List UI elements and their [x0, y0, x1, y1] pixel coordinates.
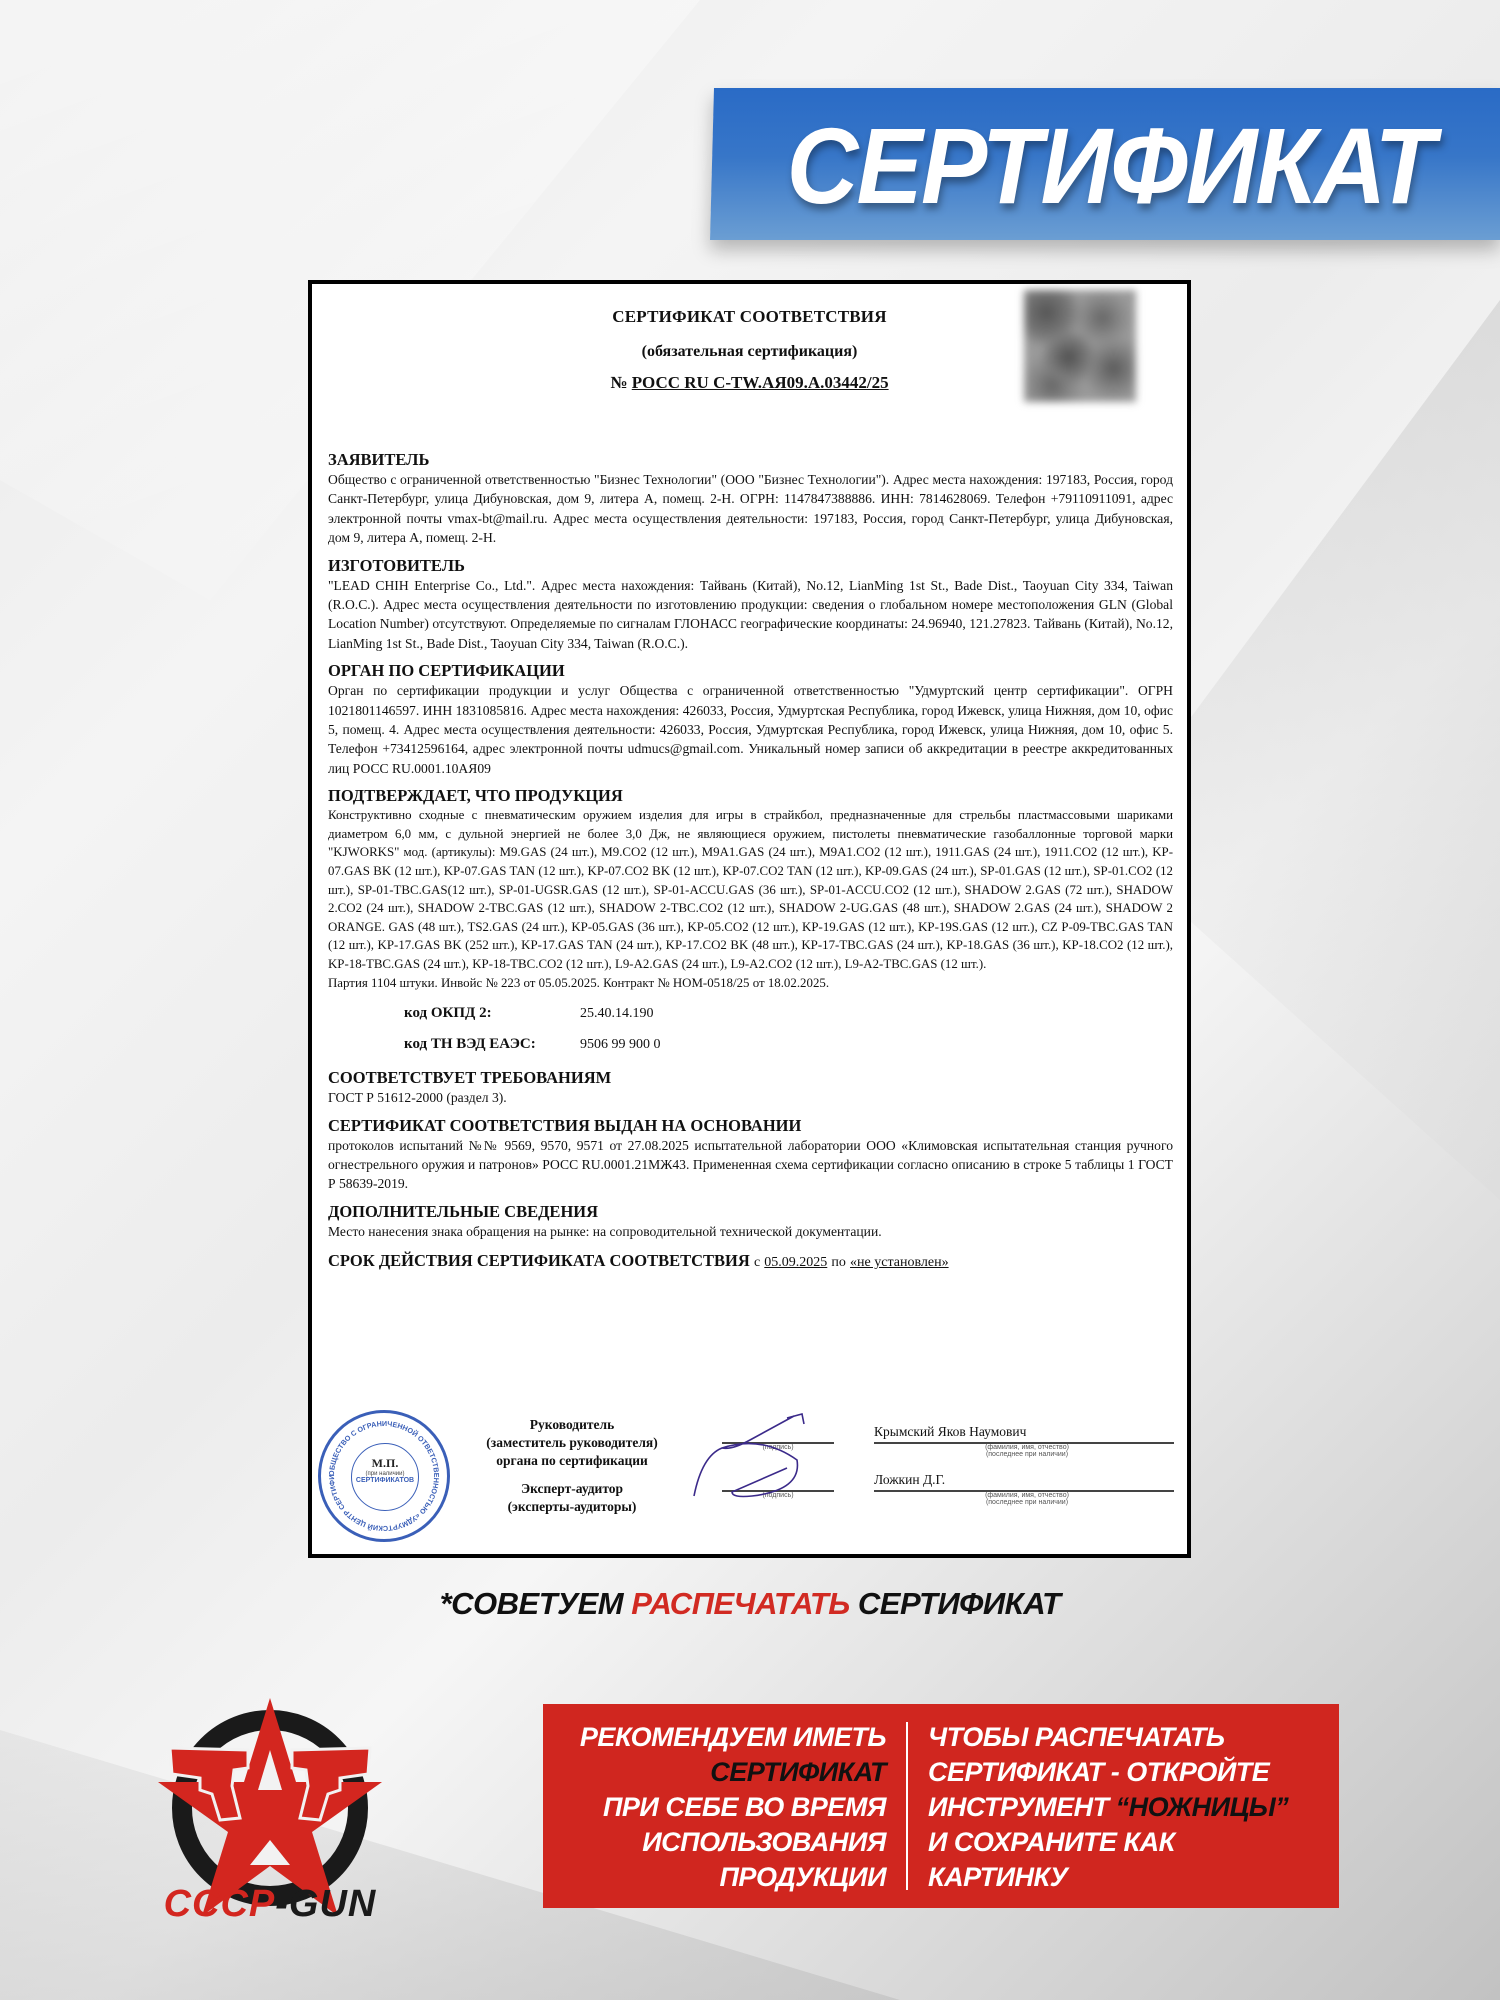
expert-name: Ложкин Д.Г. — [874, 1472, 945, 1488]
certificate-body: ЗАЯВИТЕЛЬ Общество с ограниченной ответс… — [328, 442, 1173, 1273]
product-batch: Партия 1104 штуки. Инвойс № 223 от 05.05… — [328, 974, 1173, 993]
code-okpd: код ОКПД 2: 25.40.14.190 — [404, 998, 1173, 1029]
applicant-text: Общество с ограниченной ответственностью… — [328, 470, 1173, 548]
name-caption: (фамилия, имя, отчество) (последнее при … — [952, 1444, 1102, 1458]
name-caption-line: (фамилия, имя, отчество) — [952, 1444, 1102, 1451]
stamp-inner-text: СЕРТИФИКАТОВ — [352, 1477, 418, 1484]
info-line: И СОХРАНИТЕ КАК — [928, 1825, 1339, 1860]
product-text: Конструктивно сходные с пневматическим о… — [328, 806, 1173, 973]
stamp-center: М.П. (при наличии) СЕРТИФИКАТОВ — [351, 1443, 419, 1511]
signatory-roles: Руководитель (заместитель руководителя) … — [472, 1416, 672, 1516]
info-line: ПРИ СЕБЕ ВО ВРЕМЯ — [543, 1790, 886, 1825]
certification-body-text: Орган по сертификации продукции и услуг … — [328, 681, 1173, 778]
code-label: код ОКПД 2: — [404, 1004, 580, 1023]
manufacturer-heading: ИЗГОТОВИТЕЛЬ — [328, 556, 1173, 576]
validity-to-value: «не установлен» — [850, 1255, 949, 1270]
certificate-document: СЕРТИФИКАТ СООТВЕТСТВИЯ (обязательная се… — [308, 280, 1191, 1558]
handwritten-signature-icon — [692, 1410, 832, 1500]
certification-body-heading: ОРГАН ПО СЕРТИФИКАЦИИ — [328, 661, 1173, 681]
name-caption: (фамилия, имя, отчество) (последнее при … — [952, 1492, 1102, 1506]
certificate-title: СЕРТИФИКАТ СООТВЕТСТВИЯ — [312, 298, 1187, 336]
requirements-text: ГОСТ Р 51612-2000 (раздел 3). — [328, 1088, 1173, 1107]
info-divider — [906, 1722, 908, 1890]
stamp-mp: М.П. — [352, 1456, 418, 1471]
validity-from-word: с — [754, 1255, 760, 1270]
head-name: Крымский Яков Наумович — [874, 1424, 1026, 1440]
number-prefix: № — [610, 373, 627, 392]
manufacturer-text: "LEAD CHIH Enterprise Co., Ltd.". Адрес … — [328, 576, 1173, 654]
info-line: ЧТОБЫ РАСПЕЧАТАТЬ — [928, 1720, 1339, 1755]
name-caption-line: (последнее при наличии) — [952, 1499, 1102, 1506]
info-line: ПРОДУКЦИИ — [543, 1860, 886, 1895]
product-heading: ПОДТВЕРЖДАЕТ, ЧТО ПРОДУКЦИЯ — [328, 786, 1173, 806]
code-value: 25.40.14.190 — [580, 1004, 654, 1023]
info-line-highlight: “НОЖНИЦЫ” — [1116, 1792, 1289, 1822]
code-value: 9506 99 900 0 — [580, 1035, 661, 1054]
info-line: КАРТИНКУ — [928, 1860, 1339, 1895]
role-line: (эксперты-аудиторы) — [472, 1498, 672, 1516]
code-tnved: код ТН ВЭД ЕАЭС: 9506 99 900 0 — [404, 1029, 1173, 1060]
advice-highlight: РАСПЕЧАТАТЬ — [631, 1586, 850, 1621]
applicant-heading: ЗАЯВИТЕЛЬ — [328, 450, 1173, 470]
role-line: Эксперт-аудитор — [472, 1480, 672, 1498]
certificate-header: СЕРТИФИКАТ СООТВЕТСТВИЯ (обязательная се… — [312, 298, 1187, 398]
info-line-part: ИНСТРУМЕНТ — [928, 1792, 1116, 1822]
info-left-column: РЕКОМЕНДУЕМ ИМЕТЬ СЕРТИФИКАТ ПРИ СЕБЕ ВО… — [543, 1704, 886, 1908]
validity-from-date: 05.09.2025 — [764, 1255, 827, 1270]
validity-label: СРОК ДЕЙСТВИЯ СЕРТИФИКАТА СООТВЕТСТВИЯ — [328, 1251, 750, 1270]
additional-heading: ДОПОЛНИТЕЛЬНЫЕ СВЕДЕНИЯ — [328, 1202, 1173, 1222]
certificate-number: № РОСС RU C-TW.АЯ09.A.03442/25 — [312, 368, 1187, 398]
banner-title: СЕРТИФИКАТ — [788, 100, 1432, 230]
number-value: РОСС RU C-TW.АЯ09.A.03442/25 — [632, 373, 889, 392]
advice-part-3: СЕРТИФИКАТ — [850, 1586, 1061, 1621]
logo-text-dark: -GUN — [275, 1883, 376, 1925]
info-line-highlight: СЕРТИФИКАТ — [543, 1755, 886, 1790]
requirements-heading: СООТВЕТСТВУЕТ ТРЕБОВАНИЯМ — [328, 1068, 1173, 1088]
info-line: РЕКОМЕНДУЕМ ИМЕТЬ — [543, 1720, 886, 1755]
info-line: ИСПОЛЬЗОВАНИЯ — [543, 1825, 886, 1860]
advice-part-1: *СОВЕТУЕМ — [440, 1586, 632, 1621]
code-label: код ТН ВЭД ЕАЭС: — [404, 1035, 580, 1054]
name-caption-line: (фамилия, имя, отчество) — [952, 1492, 1102, 1499]
validity-to-word: по — [831, 1255, 846, 1270]
additional-text: Место нанесения знака обращения на рынке… — [328, 1222, 1173, 1241]
official-stamp-icon: ОБЩЕСТВО С ОГРАНИЧЕННОЙ ОТВЕТСТВЕННОСТЬЮ… — [318, 1410, 450, 1542]
info-right-column: ЧТОБЫ РАСПЕЧАТАТЬ СЕРТИФИКАТ - ОТКРОЙТЕ … — [928, 1704, 1339, 1908]
basis-text: протоколов испытаний №№ 9569, 9570, 9571… — [328, 1136, 1173, 1194]
role-line: (заместитель руководителя) — [472, 1434, 672, 1452]
logo-text: CCCP-GUN — [150, 1883, 390, 1926]
signature-area: ОБЩЕСТВО С ОГРАНИЧЕННОЙ ОТВЕТСТВЕННОСТЬЮ… — [312, 1402, 1187, 1550]
print-advice: *СОВЕТУЕМ РАСПЕЧАТАТЬ СЕРТИФИКАТ — [0, 1586, 1500, 1622]
validity-period: СРОК ДЕЙСТВИЯ СЕРТИФИКАТА СООТВЕТСТВИЯ с… — [328, 1251, 1173, 1272]
info-line: СЕРТИФИКАТ - ОТКРОЙТЕ — [928, 1755, 1339, 1790]
logo-text-red: CCCP — [164, 1883, 276, 1925]
role-line: Руководитель — [472, 1416, 672, 1434]
name-caption-line: (последнее при наличии) — [952, 1451, 1102, 1458]
info-line: ИНСТРУМЕНТ “НОЖНИЦЫ” — [928, 1790, 1339, 1825]
role-line: органа по сертификации — [472, 1452, 672, 1470]
basis-heading: СЕРТИФИКАТ СООТВЕТСТВИЯ ВЫДАН НА ОСНОВАН… — [328, 1116, 1173, 1136]
certificate-subtitle: (обязательная сертификация) — [312, 336, 1187, 368]
info-box: РЕКОМЕНДУЕМ ИМЕТЬ СЕРТИФИКАТ ПРИ СЕБЕ ВО… — [543, 1704, 1339, 1908]
